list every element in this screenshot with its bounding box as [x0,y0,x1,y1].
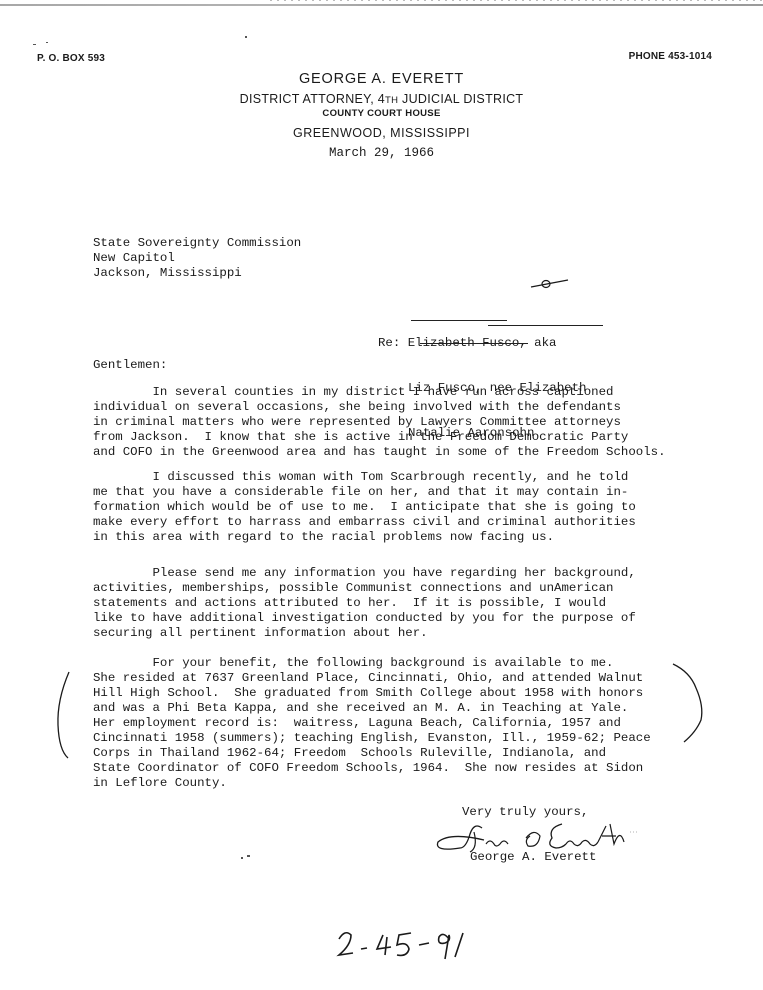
subject-label: Re: [378,336,400,350]
handwritten-document-number-icon [335,925,485,965]
handwritten-underline [488,325,603,326]
typed-signature-name: George A. Everett [470,850,596,865]
handwritten-underline [411,320,507,321]
scan-speck [245,36,247,38]
phone-number: PHONE 453-1014 [629,51,712,62]
body-paragraph: For your benefit, the following backgrou… [93,656,651,791]
letterhead-title-ordinal: TH [385,95,398,106]
body-paragraph: In several counties in my district I hav… [93,385,666,460]
body-paragraph: Please send me any information you have … [93,566,636,641]
letterhead-name: GEORGE A. EVERETT [0,71,763,87]
handwritten-left-bracket-icon [55,670,75,760]
scan-speck [247,855,250,857]
scan-top-edge [0,4,763,6]
recipient-line: State Sovereignty Commission [93,236,301,251]
letter-date: March 29, 1966 [0,146,763,160]
recipient-address: State Sovereignty CommissionNew CapitolJ… [93,236,301,281]
letterhead-city: GREENWOOD, MISSISSIPPI [0,126,763,140]
handwritten-check-mark-icon [530,276,570,290]
recipient-line: Jackson, Mississippi [93,266,301,281]
scan-speck [46,42,48,43]
po-box: P. O. BOX 593 [37,53,105,64]
handwritten-right-bracket-icon [668,660,708,744]
letterhead-title-prefix: DISTRICT ATTORNEY, 4 [240,92,385,106]
body-paragraph: I discussed this woman with Tom Scarbrou… [93,470,636,545]
scan-top-edge-dots [270,0,763,1]
handwritten-underline [420,343,528,344]
scan-speck [33,44,36,45]
letterhead-title: DISTRICT ATTORNEY, 4TH JUDICIAL DISTRICT [0,92,763,106]
letterhead-office: COUNTY COURT HOUSE [0,108,763,119]
recipient-line: New Capitol [93,251,301,266]
salutation: Gentlemen: [93,358,167,373]
scan-speck [241,857,243,859]
letterhead-title-suffix: JUDICIAL DISTRICT [398,92,523,106]
